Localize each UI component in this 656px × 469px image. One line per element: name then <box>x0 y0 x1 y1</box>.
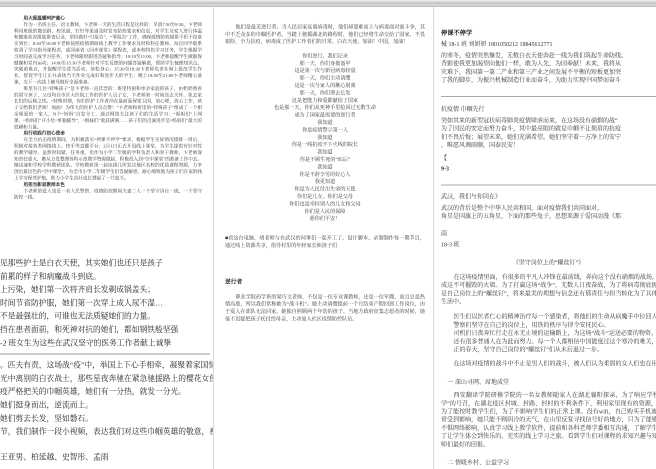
essay-line: 灾难下，我国第一第二产业和第三产业之间发展不平衡的短板更加突 <box>441 68 656 76</box>
tribute-line: 她们挺身而出，逆流而上。 <box>0 399 213 412</box>
article-paragraph: 作为一名班主任、语文教师，卞老师一天的生活日程是这样的：早晨7:30至8:30，… <box>14 21 202 85</box>
class-label-18-3: 18-3 班 <box>441 240 656 248</box>
poem-line: 这是把能力和爱都献给了国家 <box>225 97 425 104</box>
essay-line: 为了国民的安定而努力奋斗，其中最亮眼的就是巾帼不让须眉的抗疫 <box>441 125 656 133</box>
bracket-mark: 【 <box>441 154 656 162</box>
word-rain: 雨 <box>441 229 656 237</box>
tribute-line: 上污染，她们第一次将齐肩长发剃成锅盖头； <box>0 284 213 297</box>
tribute-line: 前累的样子和病魔战斗到底。 <box>0 270 213 283</box>
tribute-line: 疫严格把关的巾帼英雄，她们有一分热，就发一分光。 <box>0 386 213 399</box>
essay-heading-tingke: 停课不停学 <box>441 29 656 37</box>
essay-line: 突如其来的新型冠状病毒肺炎疫情肆虐而来，在这场没有硝烟的战“ <box>441 116 656 124</box>
essay-line: 警察们坚守在自己的岗位上，用铁的秩序与律令安抚民心。 <box>441 321 656 329</box>
luosiding-paragraph-1: 在这场疫情里面，有很多的平凡人冲锋在最前线，奔向这个没有硝烟的战场，他们用自己的… <box>441 273 656 306</box>
poem-line: 成为了国家最需要的逆行者 <box>225 112 425 119</box>
poem-line: 那一天，你们身披盔甲 <box>225 60 425 67</box>
poem-line: 你是一线抗疫不下火线的院长 <box>225 142 425 149</box>
wuhan-title-line: 武汉，我们与你同在》 <box>441 193 656 201</box>
essay-line: 武汉的背后是整个中华人民共和国，面对疫情我们共同面对， <box>441 204 656 212</box>
poem-line: 你们也是牵挂别人的儿女和父母 <box>225 201 425 208</box>
essay-line: 的寒冬，疫情突然爆发，无数白衣天使奔赴一线为我们筑起生命防线。 <box>441 51 656 59</box>
student-byline: 械 18-1 班 刘妍妍 1801050212 18845612771 <box>441 40 656 48</box>
essay-line: 了我的脚步，为振兴机械制造行业而奋斗，为助力实现中国梦而奋斗 <box>441 76 656 84</box>
tribute-line: 节，我们制作一段小视频，表达我们对这些巾帼英雄的敬意，祝她 <box>0 426 213 439</box>
poem-line: 你是不顾生死的“95后” <box>225 156 425 163</box>
page-3-content-clip: 停课不停学 械 18-1 班 刘妍妍 1801050212 1884561277… <box>434 7 656 469</box>
essay-paragraph-1: 的寒冬，疫情突然爆发，无数白衣天使奔赴一线为我们筑起生命防线。背影使我更加渴望向… <box>441 51 656 84</box>
poem-line: 你们是儿女，你们是父母 <box>225 193 425 200</box>
tribute-line: 见那些护士是白衣天使，其实她们也还只是孩子 <box>0 257 213 270</box>
poem-line: 你是不辞辛劳的好心人 <box>225 171 425 178</box>
luosiding-paragraph-2: 医生们以医者仁心的精神治疗每一个感染者，将他们的生命从病魔手中拉回人世。警察们坚… <box>441 313 656 354</box>
window-top-edge <box>0 0 656 7</box>
document-page-3: 停课不停学 械 18-1 班 刘妍妍 1801050212 1884561277… <box>433 7 656 469</box>
document-page-2: 他们是最美逆行者。当人民居家远离病毒时，他们却迎难而上与病毒面对面斗争，其中不乏… <box>213 7 434 469</box>
section-heading-kangyiqing: 抗疫情 巾帼先行 <box>441 105 656 113</box>
tribute-lines-a: 见那些护士是白衣天使，其实她们也还只是孩子前累的样子和病魔战斗到底。上污染，她们… <box>0 257 213 350</box>
poem-line: 那一天，你们主动请缨 <box>225 75 425 82</box>
tribute-lines-b: 。匹夫有责，这场战“疫”中，举国上下心手相牵，凝聚着家国情光中离别的白衣战士，那… <box>0 359 213 439</box>
class-label-9-3: 9-3 <box>441 164 656 172</box>
tribute-line: 挡在患者面前，和死神对抗的她们，都如钢铁般坚强 <box>0 323 213 336</box>
tribute-line: 。匹夫有责，这场战“疫”中，举国上下心手相牵，凝聚着家国情 <box>0 359 213 372</box>
essay-paragraph-2: 突如其来的新型冠状病毒肺炎疫情肆虐而来，在这场没有硝烟的战“为了国民的安定而努力… <box>441 116 656 149</box>
section-heading-nixingzhe: 逆行者 <box>225 279 425 286</box>
essay-line: 背影使我更加渴望向他们一样，敢为人先，为国奉献！未来，我将从 <box>441 60 656 68</box>
poem-line: 这是第一次与新冠病毒较量 <box>225 68 425 75</box>
essay-line: ，唯愿风调雨顺，国泰民安！ <box>441 141 656 149</box>
wuhan-paragraph: 武汉的背后是整个中华人民共和国，面对疫情我们共同面对，角星是国旗上的五角星，下面… <box>441 204 656 220</box>
article-paragraph: 在全力抗击疫情期间，为积极落实“停课不停学”要求，根据学生实际情况摸排一周后，积… <box>14 137 202 182</box>
document-page-1: 用大爱温暖呵护童心作为一名班主任、语文教师，卞老师一天的生活日程是这样的：早晨7… <box>0 7 213 469</box>
subheading-shenshan: 一 深山寻网、席地成堂 <box>441 378 656 386</box>
article-paragraph: 卞老师的爱人也是一名人民警察，疫情防控期间夫妻二人一个坚守讲台一线、一个坚守防控… <box>14 188 202 201</box>
shenshan-paragraph: 西安翻译学院研修学院的一名女教师随家人在湖北襄阳探亲，为了响应学校“停课不停教、… <box>441 391 656 448</box>
poem-line: 我知道 <box>225 134 425 141</box>
tribute-text: 见那些护士是白衣天使，其实她们也还只是孩子前累的样子和病魔战斗到底。上污染，她们… <box>0 257 213 469</box>
page-2-content: 他们是最美逆行者。当人民居家远离病毒时，他们却迎难而上与病毒面对面斗争，其中不乏… <box>214 7 434 323</box>
essay-line: 正的春天，坚守自己岗位的“螺丝钉”们从未后退过一步。 <box>441 345 656 353</box>
essay-line: 角星是国旗上的五角星，下面的那些兔子，思想来源于爱国动漫《那 <box>441 212 656 220</box>
poem-line: 我知道 <box>225 149 425 156</box>
poem-line: 我知道 <box>225 164 425 171</box>
tribute-section: 见那些护士是白衣天使，其实她们也还只是孩子前累的样子和病魔战斗到底。上污染，她们… <box>0 257 213 469</box>
tribute-poem: 你们逆行，我们记录那一天，你们身披盔甲这是第一次与新冠病毒较量那一天，你们主动请… <box>225 53 425 223</box>
poem-line: 你是为人民付出生命的天使 <box>225 186 425 193</box>
poem-line: 也是那一天，你们从死神手里抢回过无数生命 <box>225 105 425 112</box>
page-2-content-clip: 他们是最美逆行者。当人民居家远离病毒时，他们却迎难而上与病毒面对面斗争，其中不乏… <box>214 7 434 469</box>
poem-line: 你们是人民的保障 <box>225 208 425 215</box>
poem-line: 你们逆行，我们记录 <box>225 53 425 60</box>
poem-line: 我更知道 <box>225 179 425 186</box>
page-3-content: 停课不停学 械 18-1 班 刘妍妍 1801050212 1884561277… <box>434 7 656 467</box>
essay-line: 们不畏后悔；展望未来，她们充满希望，她们坚守着一方净土的安宁 <box>441 133 656 141</box>
tribute-line: -2 班女生为这些在武汉坚守的医务工作者献上诚挚 <box>0 337 213 350</box>
horizontal-divider <box>441 185 656 186</box>
tribute-line: 不是最强壮的，可谁也无法质疑她们的力量。 <box>0 310 213 323</box>
essay-line: 医生们以医者仁心的精神治疗每一个感染者，将他们的生命从病魔手中拉回人世。 <box>441 313 656 321</box>
horizontal-divider <box>0 354 210 355</box>
tribute-line: 她们剪去长发，坚如磐石。 <box>0 412 213 425</box>
essay-line: 司机们日夜奔忙行走在永无止境的运输路上，为这场“战斗”运送必要的物资。 <box>441 329 656 337</box>
horizontal-divider <box>441 96 656 97</box>
nixingzhe-paragraph: 职业学院药学系的梁巧文老师，不仅是一位专业课教师，还是一位军嫂，而且总是热情高涨… <box>225 294 425 323</box>
bridge-paragraph: ■看这台电脑，胡老师与在武汉的同事们一起开工了。设计脚本、录制制作每一期节目，通… <box>225 235 425 250</box>
poem-line: 我知道 <box>225 119 425 126</box>
article-paragraph: 班里有几位“特殊孩子”是卞老师一直挂念的：班里特困和单亲家庭的孩子、由奶奶照看的… <box>14 85 202 130</box>
signature-names: 王亚男、柏延越、史智彤、孟雨 <box>0 451 213 464</box>
teacher-article: 用大爱温暖呵护童心作为一名班主任、语文教师，卞老师一天的生活日程是这样的：早晨7… <box>0 11 213 201</box>
teacher-article-section: 用大爱温暖呵护童心作为一名班主任、语文教师，卞老师一天的生活日程是这样的：早晨7… <box>0 11 213 253</box>
poem-line: 愿你们平安！ <box>225 216 425 223</box>
poem-intro-paragraph: 他们是最美逆行者。当人民居家远离病毒时，他们却迎难而上与病毒面对面斗争，其中不乏… <box>225 24 425 46</box>
essay-line: 还有很多普通人在为此而努力。每一个人都相信中国能度过这个寒冷的难关，迎来真 <box>441 337 656 345</box>
tribute-line: 时间节省防护服，她们第一次穿上成人尿不湿… <box>0 297 213 310</box>
tribute-line: 光中离别的白衣战士，那些星夜奔驰在紧急驰援路上的樱花女侠， <box>0 372 213 385</box>
luosiding-paragraph-3: 在这场对疫情的战斗中不止是男人们的战斗，被人们认为柔弱的女人们也在用自己的方式为… <box>441 360 656 368</box>
poem-line: 你是疫情警示第一人 <box>225 127 425 134</box>
poem-line: 这是一次与家人的揪心别离 <box>225 82 425 89</box>
poem-line: 那一天，你们剪去长发 <box>225 90 425 97</box>
essay-title-luosiding: 《坚守岗位上的“螺丝钉”》 <box>441 259 656 267</box>
subheading-xiangcun: 二 情暖乡村、公益学习 <box>441 459 656 467</box>
